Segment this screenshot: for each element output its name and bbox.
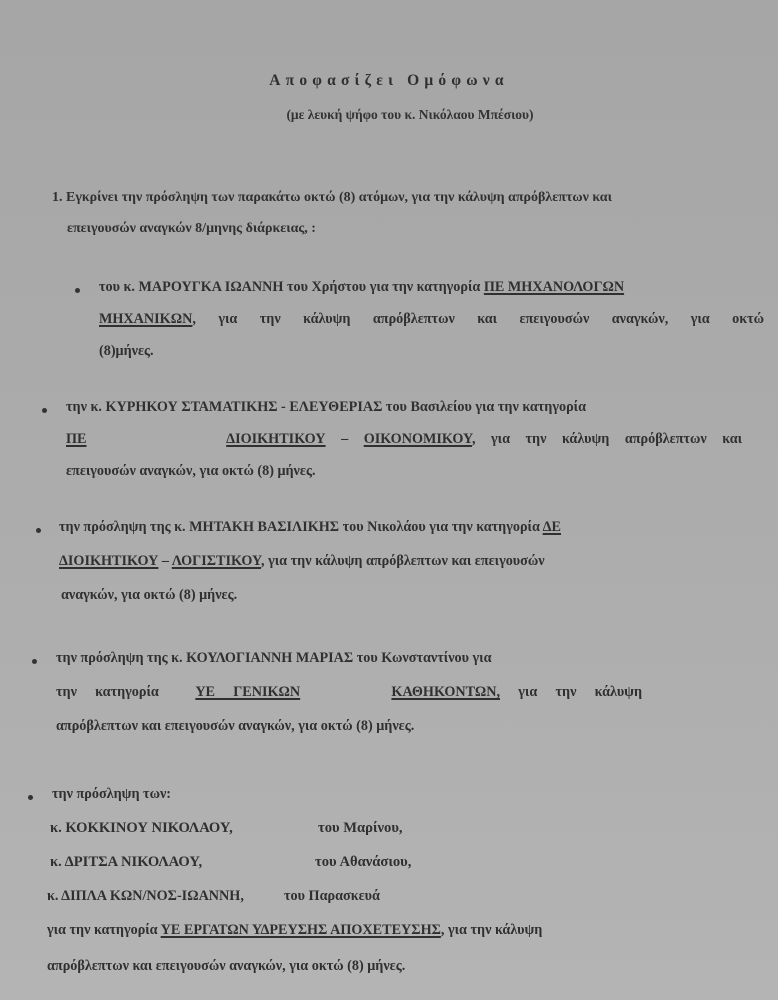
bullet-3-line-3: αναγκών, για οκτώ (8) μήνες. xyxy=(61,587,237,604)
bullet-3-line-1: την πρόσληψη της κ. ΜΗΤΑΚΗ ΒΑΣΙΛΙΚΗΣ του… xyxy=(59,519,561,536)
bullet-4-line-1: την πρόσληψη της κ. ΚΟΥΛΟΓΙΑΝΝΗ ΜΑΡΙΑΣ τ… xyxy=(56,650,492,667)
bullet-2-category-oik: ΟΙΚΟΝΟΜΙΚΟΥ xyxy=(364,431,472,447)
bullet-1-line-2: ΜΗΧΑΝΙΚΩΝ, για την κάλυψη απρόβλεπτων κα… xyxy=(99,311,764,328)
bullet-4-category-a: ΥΕ ΓΕΝΙΚΩΝ xyxy=(195,684,300,700)
bullet-4-pre: την κατηγορία xyxy=(56,684,159,700)
bullet-1-line-3: (8)μήνες. xyxy=(99,343,154,360)
bullet-4-line-2: την κατηγορία ΥΕ ΓΕΝΙΚΩΝ ΚΑΘΗΚΟΝΤΩΝ, για… xyxy=(56,684,642,701)
bullet-icon xyxy=(36,528,41,533)
dash: – xyxy=(341,431,348,447)
decision-subtitle: (με λευκή ψήφο του κ. Νικόλαου Μπέσιου) xyxy=(0,107,778,123)
person-3-name: κ. ΔΙΠΛΑ ΚΩΝ/ΝΟΣ-ΙΩΑΝΝΗ, xyxy=(47,888,244,905)
item-1-line-1: 1. Εγκρίνει την πρόσληψη των παρακάτω οκ… xyxy=(52,190,612,206)
bullet-2-line-3: επειγουσών αναγκών, για οκτώ (8) μήνες. xyxy=(66,463,316,480)
bullet-3-category-log: ΛΟΓΙΣΤΙΚΟΥ xyxy=(172,553,261,569)
bullet-icon xyxy=(42,408,47,413)
bullet-2-line-1: την κ. ΚΥΡΗΚΟΥ ΣΤΑΜΑΤΙΚΗΣ - ΕΛΕΥΘΕΡΙΑΣ τ… xyxy=(66,399,586,416)
bullet-4-line-3: απρόβλεπτων και επειγουσών αναγκών, για … xyxy=(56,718,414,735)
bullet-2-text: , για την κάλυψη απρόβλεπτων και xyxy=(472,431,742,447)
document-page: Αποφασίζει Ομόφωνα (με λευκή ψήφο του κ.… xyxy=(0,0,778,1000)
person-2-father: του Αθανάσιου, xyxy=(315,854,411,871)
bullet-3-text: , για την κάλυψη απρόβλεπτων και επειγου… xyxy=(261,553,545,569)
bullet-3-prefix: την πρόσληψη της κ. ΜΗΤΑΚΗ ΒΑΣΙΛΙΚΗΣ του… xyxy=(59,519,540,535)
decision-title: Αποφασίζει Ομόφωνα xyxy=(0,72,778,90)
dash: – xyxy=(162,553,169,569)
bullet-icon xyxy=(75,288,80,293)
bullet-1-text: , για την κάλυψη απρόβλεπτων και επειγου… xyxy=(192,311,764,327)
bullet-4-category-b: ΚΑΘΗΚΟΝΤΩΝ, xyxy=(391,684,500,700)
bullet-5-last-line: απρόβλεπτων και επειγουσών αναγκών, για … xyxy=(47,958,405,975)
bullet-3-category-dioik: ΔΙΟΙΚΗΤΙΚΟΥ xyxy=(59,553,158,569)
bullet-2-category-pe: ΠΕ xyxy=(66,431,87,447)
bullet-3-line-2: ΔΙΟΙΚΗΤΙΚΟΥ – ΛΟΓΙΣΤΙΚΟΥ, για την κάλυψη… xyxy=(59,553,545,570)
bullet-1-category-cont: ΜΗΧΑΝΙΚΩΝ xyxy=(99,311,192,327)
bullet-icon xyxy=(32,659,37,664)
bullet-5-intro: την πρόσληψη των: xyxy=(52,786,171,803)
bullet-5-category-line: για την κατηγορία ΥΕ ΕΡΓΑΤΩΝ ΥΔΡΕΥΣΗΣ ΑΠ… xyxy=(47,922,542,939)
bullet-1-prefix: του κ. ΜΑΡΟΥΓΚΑ ΙΩΑΝΝΗ του Χρήστου για τ… xyxy=(99,279,480,295)
item-1-line-2: επειγουσών αναγκών 8/μηνης διάρκειας, : xyxy=(67,221,316,237)
bullet-2-line-2: ΠΕ ΔΙΟΙΚΗΤΙΚΟΥ – ΟΙΚΟΝΟΜΙΚΟΥ, για την κά… xyxy=(66,431,742,448)
bullet-5-text: , για την κάλυψη xyxy=(441,922,542,938)
bullet-1-category: ΠΕ ΜΗΧΑΝΟΛΟΓΩΝ xyxy=(484,279,624,295)
bullet-icon xyxy=(28,795,33,800)
bullet-2-category-dioik: ΔΙΟΙΚΗΤΙΚΟΥ xyxy=(226,431,325,447)
person-1-father: του Μαρίνου, xyxy=(318,820,403,837)
person-2-name: κ. ΔΡΙΤΣΑ ΝΙΚΟΛΑΟΥ, xyxy=(50,854,202,871)
bullet-4-text: για την κάλυψη xyxy=(500,684,642,700)
bullet-5-pre: για την κατηγορία xyxy=(47,922,158,938)
bullet-5-category: ΥΕ ΕΡΓΑΤΩΝ ΥΔΡΕΥΣΗΣ ΑΠΟΧΕΤΕΥΣΗΣ xyxy=(161,922,441,938)
bullet-3-category-de: ΔΕ xyxy=(543,519,561,535)
person-1-name: κ. ΚΟΚΚΙΝΟΥ ΝΙΚΟΛΑΟΥ, xyxy=(50,820,233,837)
person-3-father: του Παρασκευά xyxy=(284,888,380,905)
bullet-1-line-1: του κ. ΜΑΡΟΥΓΚΑ ΙΩΑΝΝΗ του Χρήστου για τ… xyxy=(99,279,624,296)
